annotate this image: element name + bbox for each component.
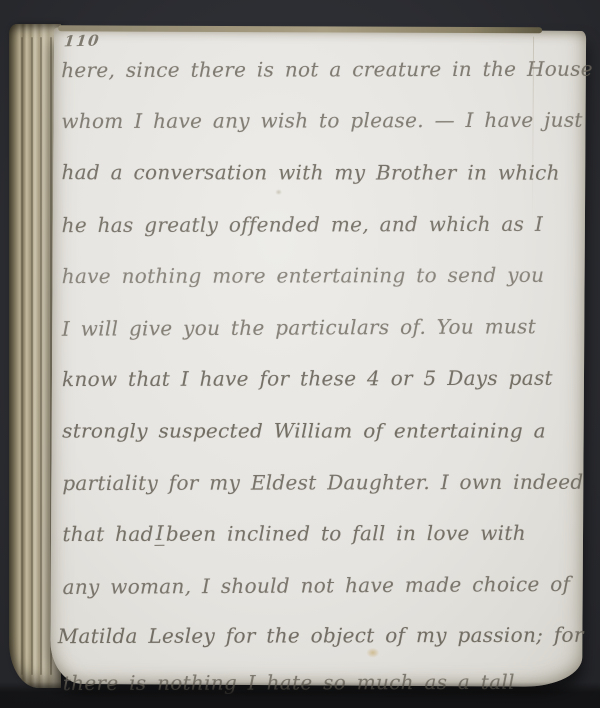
handwritten-line: had a conversation with my Brother in wh… — [61, 146, 579, 198]
handwritten-line: know that I have for these 4 or 5 Days p… — [62, 352, 580, 405]
handwritten-line: here, since there is not a creature in t… — [61, 43, 579, 96]
manuscript-page: 110 here, since there is not a creature … — [50, 28, 586, 687]
line-segment: been inclined to fall in love with — [166, 522, 526, 545]
book-bottom-shadow — [0, 682, 600, 708]
page-edge-ridge — [21, 37, 23, 674]
underlined-word: I — [155, 522, 165, 546]
page-edge-ridge — [31, 37, 33, 674]
handwritten-line: any woman, I should not have made choice… — [62, 558, 580, 613]
paper-stain — [275, 189, 282, 195]
handwritten-text-block: here, since there is not a creature in t… — [61, 43, 581, 706]
page-edge-ridge — [40, 37, 42, 674]
handwritten-line: he has greatly offended me, and which as… — [62, 197, 580, 250]
handwritten-line: partiality for my Eldest Daughter. I own… — [62, 455, 580, 508]
paper-stain — [366, 648, 379, 658]
handwritten-line: have nothing more entertaining to send y… — [62, 249, 580, 302]
line-segment: that had — [62, 523, 153, 545]
handwritten-line: whom I have any wish to please. — I have… — [61, 94, 579, 147]
manuscript-photo: 110 here, since there is not a creature … — [0, 0, 600, 708]
handwritten-line-with-underline: that had I been inclined to fall in love… — [62, 507, 580, 560]
handwritten-line: strongly suspected William of entertaini… — [62, 405, 580, 457]
handwritten-line: Matilda Lesley for the object of my pass… — [58, 610, 576, 659]
handwritten-line: I will give you the particulars of. You … — [62, 300, 580, 354]
